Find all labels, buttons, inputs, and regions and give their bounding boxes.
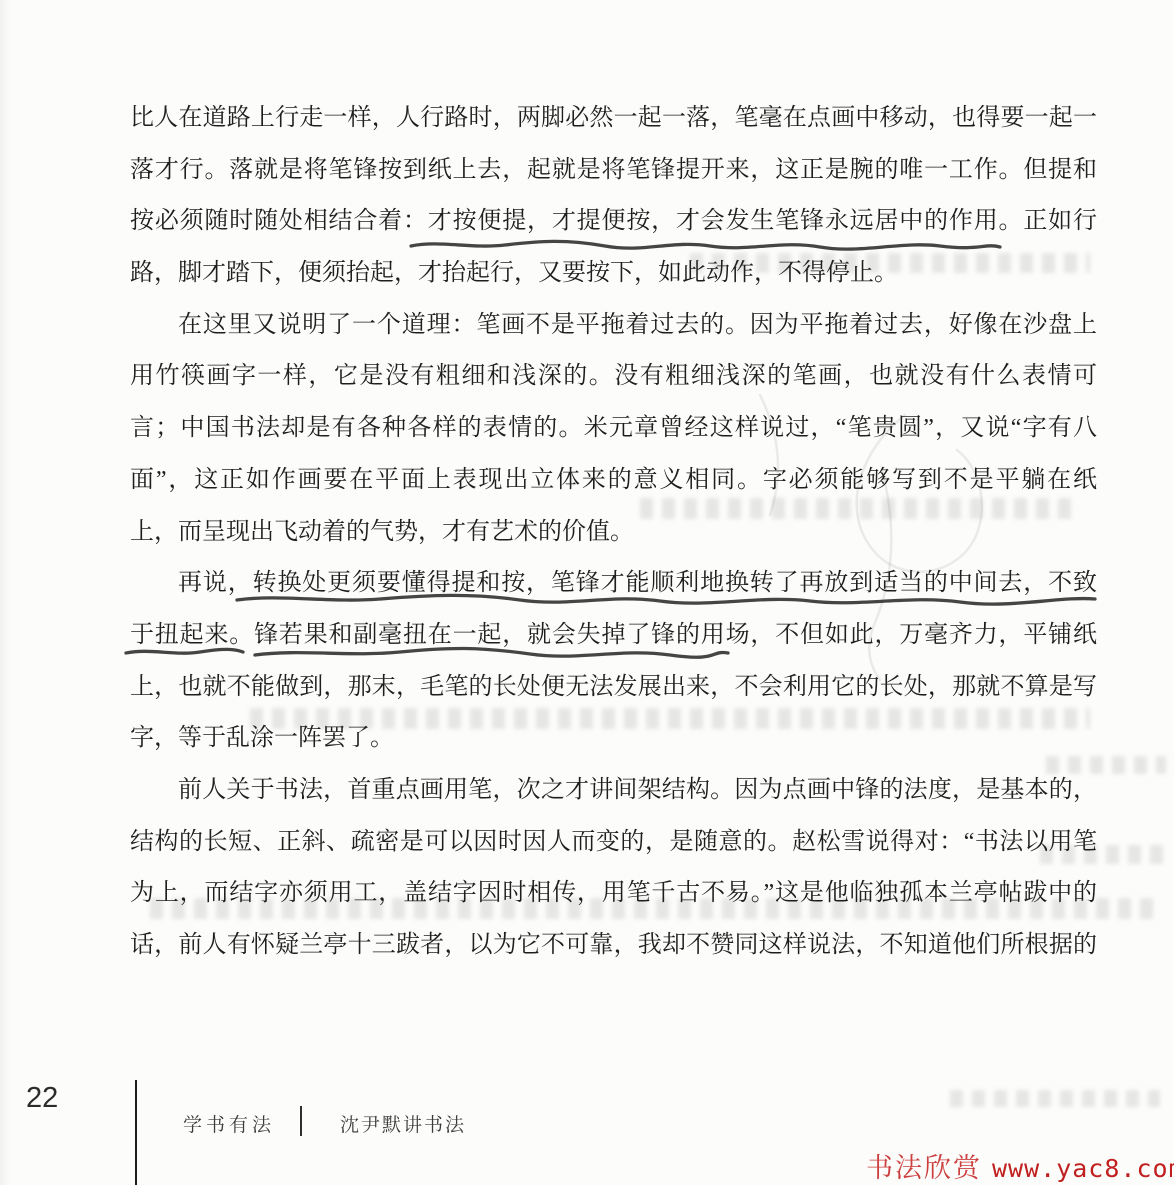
page-number: 22 xyxy=(26,1082,58,1115)
text-line-p3-l1: 再说，转换处更须要懂得提和按，笔锋才能顺利地换转了再放到适当的中间去，不致 xyxy=(130,558,1097,610)
text-line-p4-l1: 前人关于书法，首重点画用笔，次之才讲间架结构。因为点画中锋的法度，是基本的， xyxy=(130,765,1097,817)
text-line-p2-l5: 上，而呈现出飞动着的气势，才有艺术的价值。 xyxy=(130,507,1097,559)
watermark: 书法欣赏www.yac8.com xyxy=(866,1146,1174,1185)
footer-vertical-rule xyxy=(135,1080,137,1185)
scan-edge-shading xyxy=(0,0,10,1185)
text-line-p2-l4: 面”，这正如作画要在平面上表现出立体来的意义相同。字必须能够写到不是平躺在纸 xyxy=(130,455,1097,507)
watermark-site-name: 书法欣赏 xyxy=(866,1153,982,1183)
text-line-p2-l3: 言；中国书法却是有各种各样的表情的。米元章曾经这样说过，“笔贵圆”，又说“字有八 xyxy=(130,403,1097,455)
footer-title-divider xyxy=(300,1106,302,1136)
text-line-p1-l2: 落才行。落就是将笔锋按到纸上去，起就是将笔锋提开来，这正是腕的唯一工作。但提和 xyxy=(130,145,1097,197)
text-line-p3-l3: 上，也就不能做到，那末，毛笔的长处便无法发展出来，不会利用它的长处，那就不算是写 xyxy=(130,662,1097,714)
text-line-p2-l1: 在这里又说明了一个道理：笔画不是平拖着过去的。因为平拖着过去，好像在沙盘上 xyxy=(130,300,1097,352)
text-line-p4-l3: 为上，而结字亦须用工，盖结字因时相传，用笔千古不易。”这是他临独孤本兰亭帖跋中的 xyxy=(130,868,1097,920)
text-line-p3-l4: 字，等于乱涂一阵罢了。 xyxy=(130,713,1097,765)
showthrough-text xyxy=(950,1090,1160,1107)
text-line-p2-l2: 用竹筷画字一样，它是没有粗细和浅深的。没有粗细浅深的笔画，也就没有什么表情可 xyxy=(130,351,1097,403)
text-line-p1-l3: 按必须随时随处相结合着：才按便提，才提便按，才会发生笔锋永远居中的作用。正如行 xyxy=(130,196,1097,248)
watermark-site-url: www.yac8.com xyxy=(992,1154,1174,1183)
text-line-p4-l2: 结构的长短、正斜、疏密是可以因时因人而变的，是随意的。赵松雪说得对：“书法以用笔 xyxy=(130,817,1097,869)
text-line-p4-l4: 话，前人有怀疑兰亭十三跋者，以为它不可靠，我却不赞同这样说法，不知道他们所根据的 xyxy=(130,920,1097,972)
body-text: 比人在道路上行走一样，人行路时，两脚必然一起一落，笔毫在点画中移动，也得要一起一… xyxy=(130,93,1097,972)
text-line-p1-l1: 比人在道路上行走一样，人行路时，两脚必然一起一落，笔毫在点画中移动，也得要一起一 xyxy=(130,93,1097,145)
footer-series-title: 学书有法 xyxy=(183,1110,275,1137)
book-page: 比人在道路上行走一样，人行路时，两脚必然一起一落，笔毫在点画中移动，也得要一起一… xyxy=(0,0,1174,1185)
footer-book-title: 沈尹默讲书法 xyxy=(340,1110,466,1137)
text-line-p3-l2: 于扭起来。锋若果和副毫扭在一起，就会失掉了锋的用场，不但如此，万毫齐力，平铺纸 xyxy=(130,610,1097,662)
text-line-p1-l4: 路，脚才踏下，便须抬起，才抬起行，又要按下，如此动作，不得停止。 xyxy=(130,248,1097,300)
